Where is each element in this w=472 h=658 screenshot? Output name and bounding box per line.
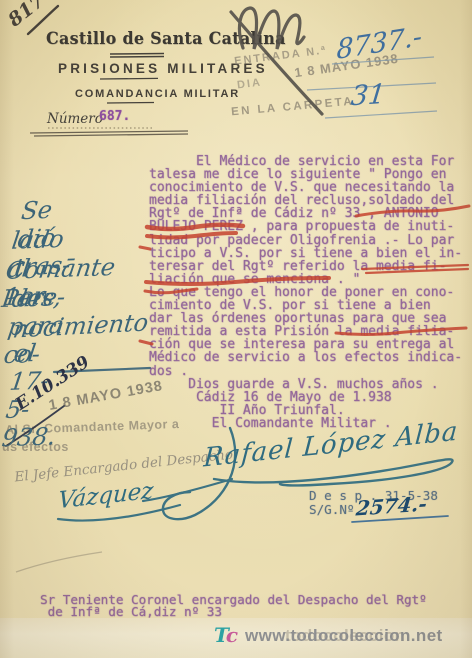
registry-dia-label: DIA — [236, 77, 262, 92]
letter-body-text: El Médico de servicio en esta For talesa… — [149, 155, 462, 430]
document-page: ENTRADA N.ª 1 8 MAYO 1938 DIA EN LA CARP… — [0, 0, 472, 658]
paper-crease — [16, 552, 102, 572]
numero-label: Número — [47, 111, 103, 127]
despatch-number-handwritten: 2574.- — [355, 492, 427, 521]
watermark-strip: todocoleccion Tc www.todocoleccion.net — [0, 618, 472, 658]
letterhead-subtitle-comandancia: COMANDANCIA MILITAR — [75, 88, 240, 100]
despatch-sg-label: S/G.Nº — [309, 502, 355, 517]
numero-value: 687. — [99, 109, 130, 124]
signature-vazquez: Vázquez — [57, 478, 155, 514]
logo-letter-c: c — [226, 623, 238, 647]
numero-bottom-rule — [30, 131, 188, 136]
todocoleccion-logo: Tc — [214, 623, 238, 647]
watermark-url[interactable]: www.todocoleccion.net — [245, 626, 443, 646]
corner-number-handwritten: 817 — [4, 0, 49, 31]
letterhead-title: Castillo de Santa Catalina — [46, 29, 286, 49]
recipient-address: Sr Teniente Coronel encargado del Despac… — [40, 594, 427, 620]
entrada-number-handwritten: 8737.- — [334, 21, 424, 65]
carpeta-number-handwritten: 31 — [350, 79, 386, 112]
registry-carpeta-label: EN LA CARPETA — [231, 96, 355, 119]
